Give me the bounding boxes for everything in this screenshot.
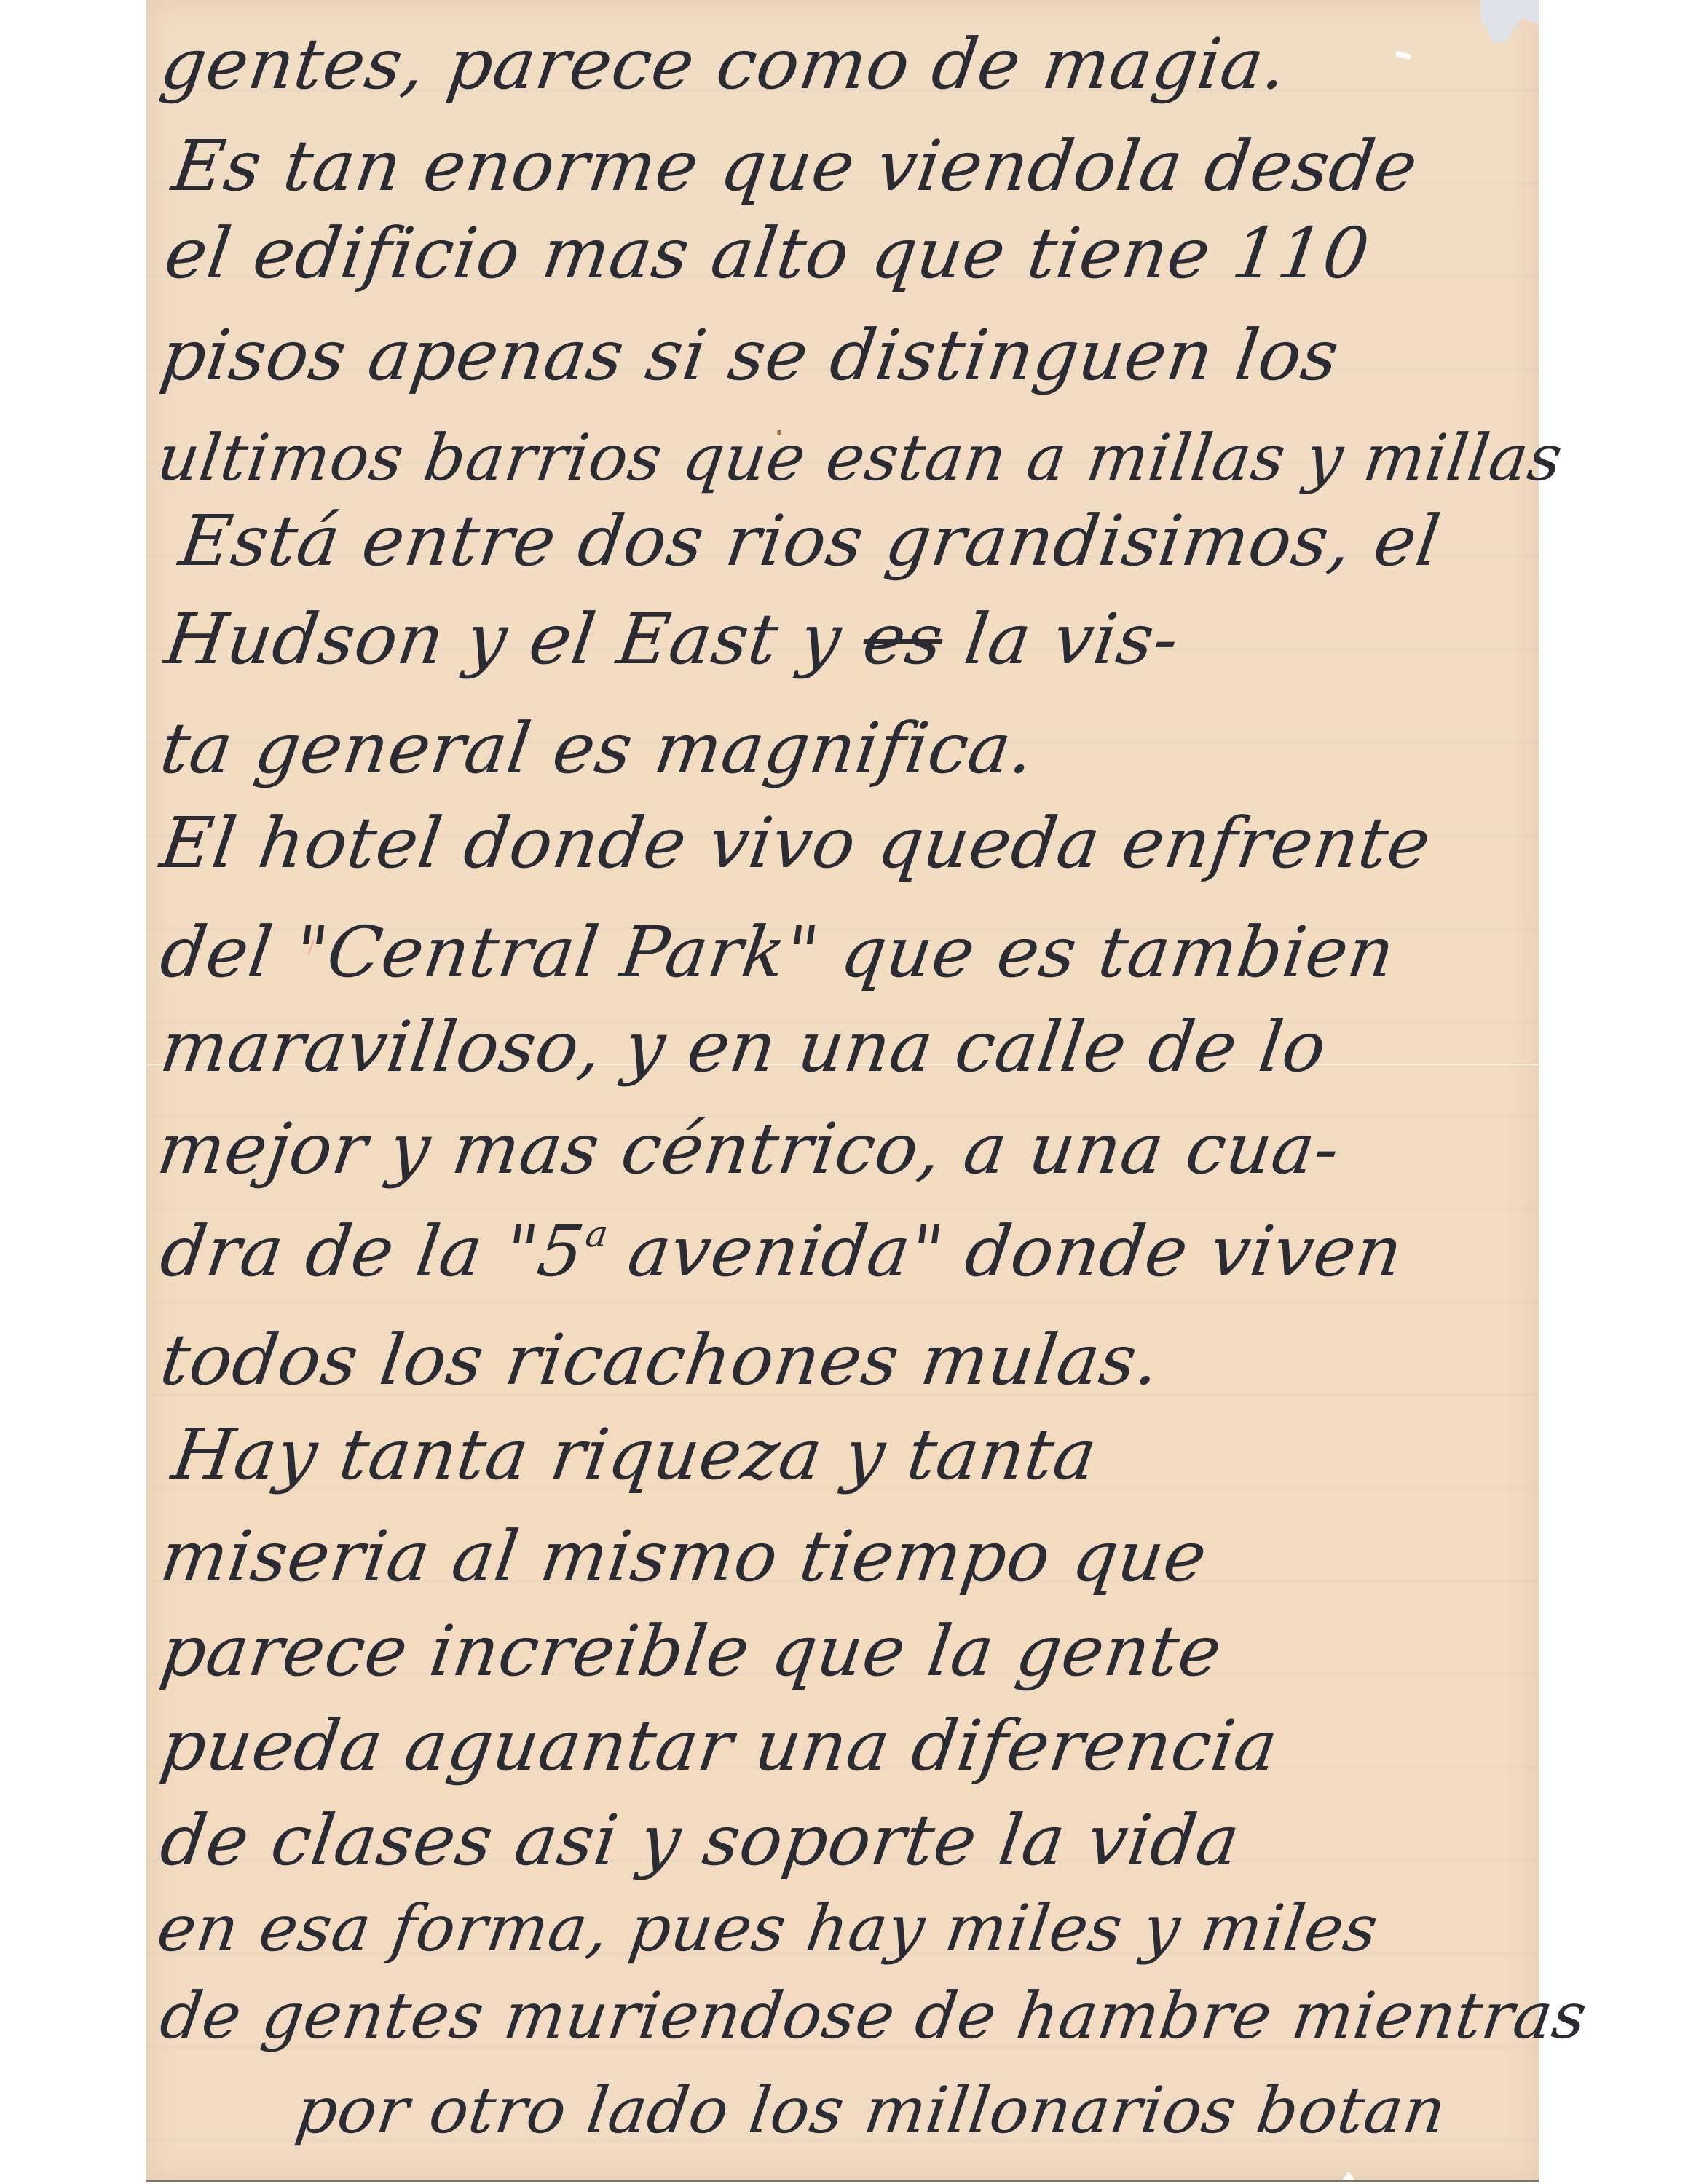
handwritten-line-6: Está entre dos rios grandisimos, el: [175, 506, 1445, 576]
handwritten-line-10: del "Central Park" que es tambien: [157, 917, 1399, 987]
line-13-pre: dra de la "5: [156, 1211, 589, 1292]
handwritten-line-19: de clases asi y soporte la vida: [157, 1805, 1244, 1875]
paper-tear: [1395, 50, 1411, 60]
handwritten-line-14: todos los ricachones mulas.: [157, 1325, 1164, 1395]
line-13-post: avenida" donde viven: [600, 1211, 1408, 1292]
handwritten-line-21: de gentes muriendose de hambre mientras: [157, 1984, 1591, 2048]
handwritten-line-9: El hotel donde vivo queda enfrente: [157, 808, 1435, 878]
handwritten-line-20: en esa forma, pues hay miles y miles: [154, 1896, 1382, 1961]
handwritten-line-3: el edificio mas alto que tiene 110: [161, 218, 1373, 288]
handwritten-line-12: mejor y mas céntrico, a una cua-: [154, 1114, 1344, 1184]
handwritten-line-1: gentes, parece como de magia.: [157, 29, 1292, 99]
handwritten-line-13: dra de la "5a avenida" donde viven: [157, 1216, 1407, 1286]
handwritten-line-11: maravilloso, y en una calle de lo: [157, 1012, 1330, 1082]
line-7-pre: Hudson y el East y: [160, 598, 869, 680]
handwritten-line-18: pueda aguantar una diferencia: [157, 1711, 1282, 1781]
handwritten-line-22: por otro lado los millonarios botan: [292, 2078, 1450, 2143]
handwritten-line-4: pisos apenas si se distinguen los: [157, 320, 1344, 390]
line-7-post: la vis-: [937, 598, 1184, 680]
letter-page: gentes, parece como de magia. Es tan eno…: [146, 0, 1539, 2180]
struck-word: es: [858, 598, 948, 680]
paper-notch: [1341, 2172, 1357, 2182]
handwritten-line-7: Hudson y el East y es la vis-: [161, 604, 1183, 674]
handwritten-line-8: ta general es magnifica.: [157, 713, 1039, 783]
handwritten-line-2: Es tan enorme que viendola desde: [168, 131, 1422, 201]
handwritten-line-16: miseria al mismo tiempo que: [157, 1522, 1211, 1591]
handwritten-line-15: Hay tanta riqueza y tanta: [168, 1420, 1101, 1489]
handwritten-line-17: parece increible que la gente: [157, 1616, 1226, 1686]
torn-corner: [1480, 0, 1539, 45]
handwritten-line-5: ultimos barrios que estan a millas y mil…: [154, 426, 1566, 490]
